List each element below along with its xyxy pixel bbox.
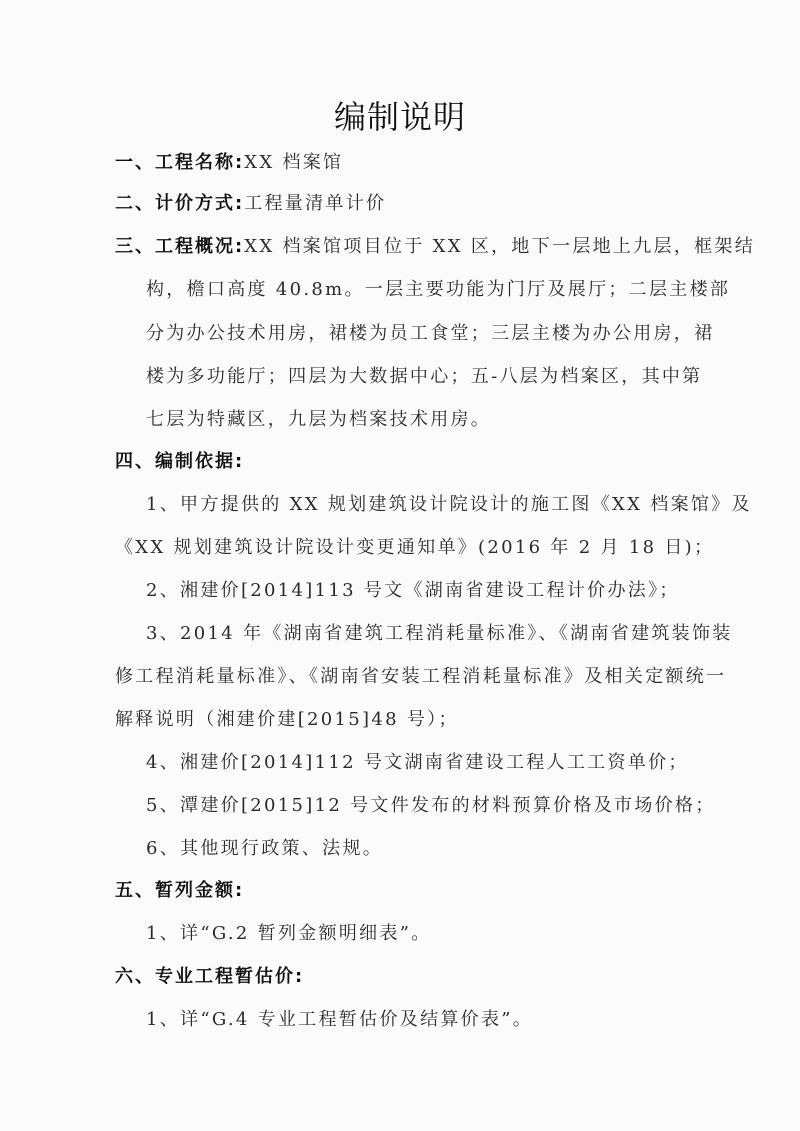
section-project-name: 一、工程名称:XX 档案馆 [115,148,343,174]
basis-item-2: 2、湘建价[2014]113 号文《湖南省建设工程计价办法》； [146,576,680,602]
section-specialty-estimate: 六、专业工程暂估价: [115,962,304,988]
section-provisional-sum: 五、暂列金额: [115,876,244,902]
overview-line: 楼为多功能厅；四层为大数据中心；五-八层为档案区，其中第 [146,362,702,388]
basis-item-4: 4、湘建价[2014]112 号文湖南省建设工程人工工资单价； [146,748,689,774]
overview-line: 分为办公技术用房，裙楼为员工食堂；三层主楼为办公用房，裙 [146,319,714,345]
section-heading: 五、暂列金额: [115,880,244,901]
basis-item-1-cont: 《XX 规划建筑设计院设计变更通知单》(2016 年 2 月 18 日)； [115,533,714,559]
basis-item-3: 3、2014 年《湖南省建筑工程消耗量标准》、《湖南省建筑装饰装 [146,619,733,645]
page-title: 编制说明 [0,92,800,138]
section-heading: 四、编制依据: [115,451,244,472]
section-overview: 三、工程概况:XX 档案馆项目位于 XX 区，地下一层地上九层，框架结 [115,232,755,258]
document-page: 编制说明 一、工程名称:XX 档案馆 二、计价方式:工程量清单计价 三、工程概况… [0,0,800,1131]
section-heading: 六、专业工程暂估价: [115,966,304,987]
section-pricing-method: 二、计价方式:工程量清单计价 [115,189,386,215]
provisional-sum-item-1: 1、详“G.2 暂列金额明细表”。 [146,919,432,945]
basis-item-6: 6、其他现行政策、法规。 [146,834,383,860]
specialty-estimate-item-1: 1、详“G.4 专业工程暂估价及结算价表”。 [146,1005,533,1031]
overview-line: 七层为特藏区，九层为档案技术用房。 [146,405,491,431]
section-basis: 四、编制依据: [115,447,244,473]
section-text: XX 档案馆项目位于 XX 区，地下一层地上九层，框架结 [244,236,755,257]
overview-line: 构，檐口高度 40.8m。一层主要功能为门厅及展厅；二层主楼部 [146,275,730,301]
section-heading: 一、工程名称: [115,152,244,173]
basis-item-3-cont: 修工程消耗量标准》、《湖南省安装工程消耗量标准》及相关定额统一 [115,662,726,688]
section-heading: 三、工程概况: [115,236,244,257]
section-text: 工程量清单计价 [244,193,386,214]
section-text: XX 档案馆 [244,152,343,173]
section-heading: 二、计价方式: [115,193,244,214]
basis-item-1: 1、甲方提供的 XX 规划建筑设计院设计的施工图《XX 档案馆》及 [146,490,752,516]
basis-item-5: 5、潭建价[2015]12 号文件发布的材料预算价格及市场价格； [146,791,716,817]
basis-item-3-cont: 解释说明（湘建价建[2015]48 号）； [115,705,459,731]
